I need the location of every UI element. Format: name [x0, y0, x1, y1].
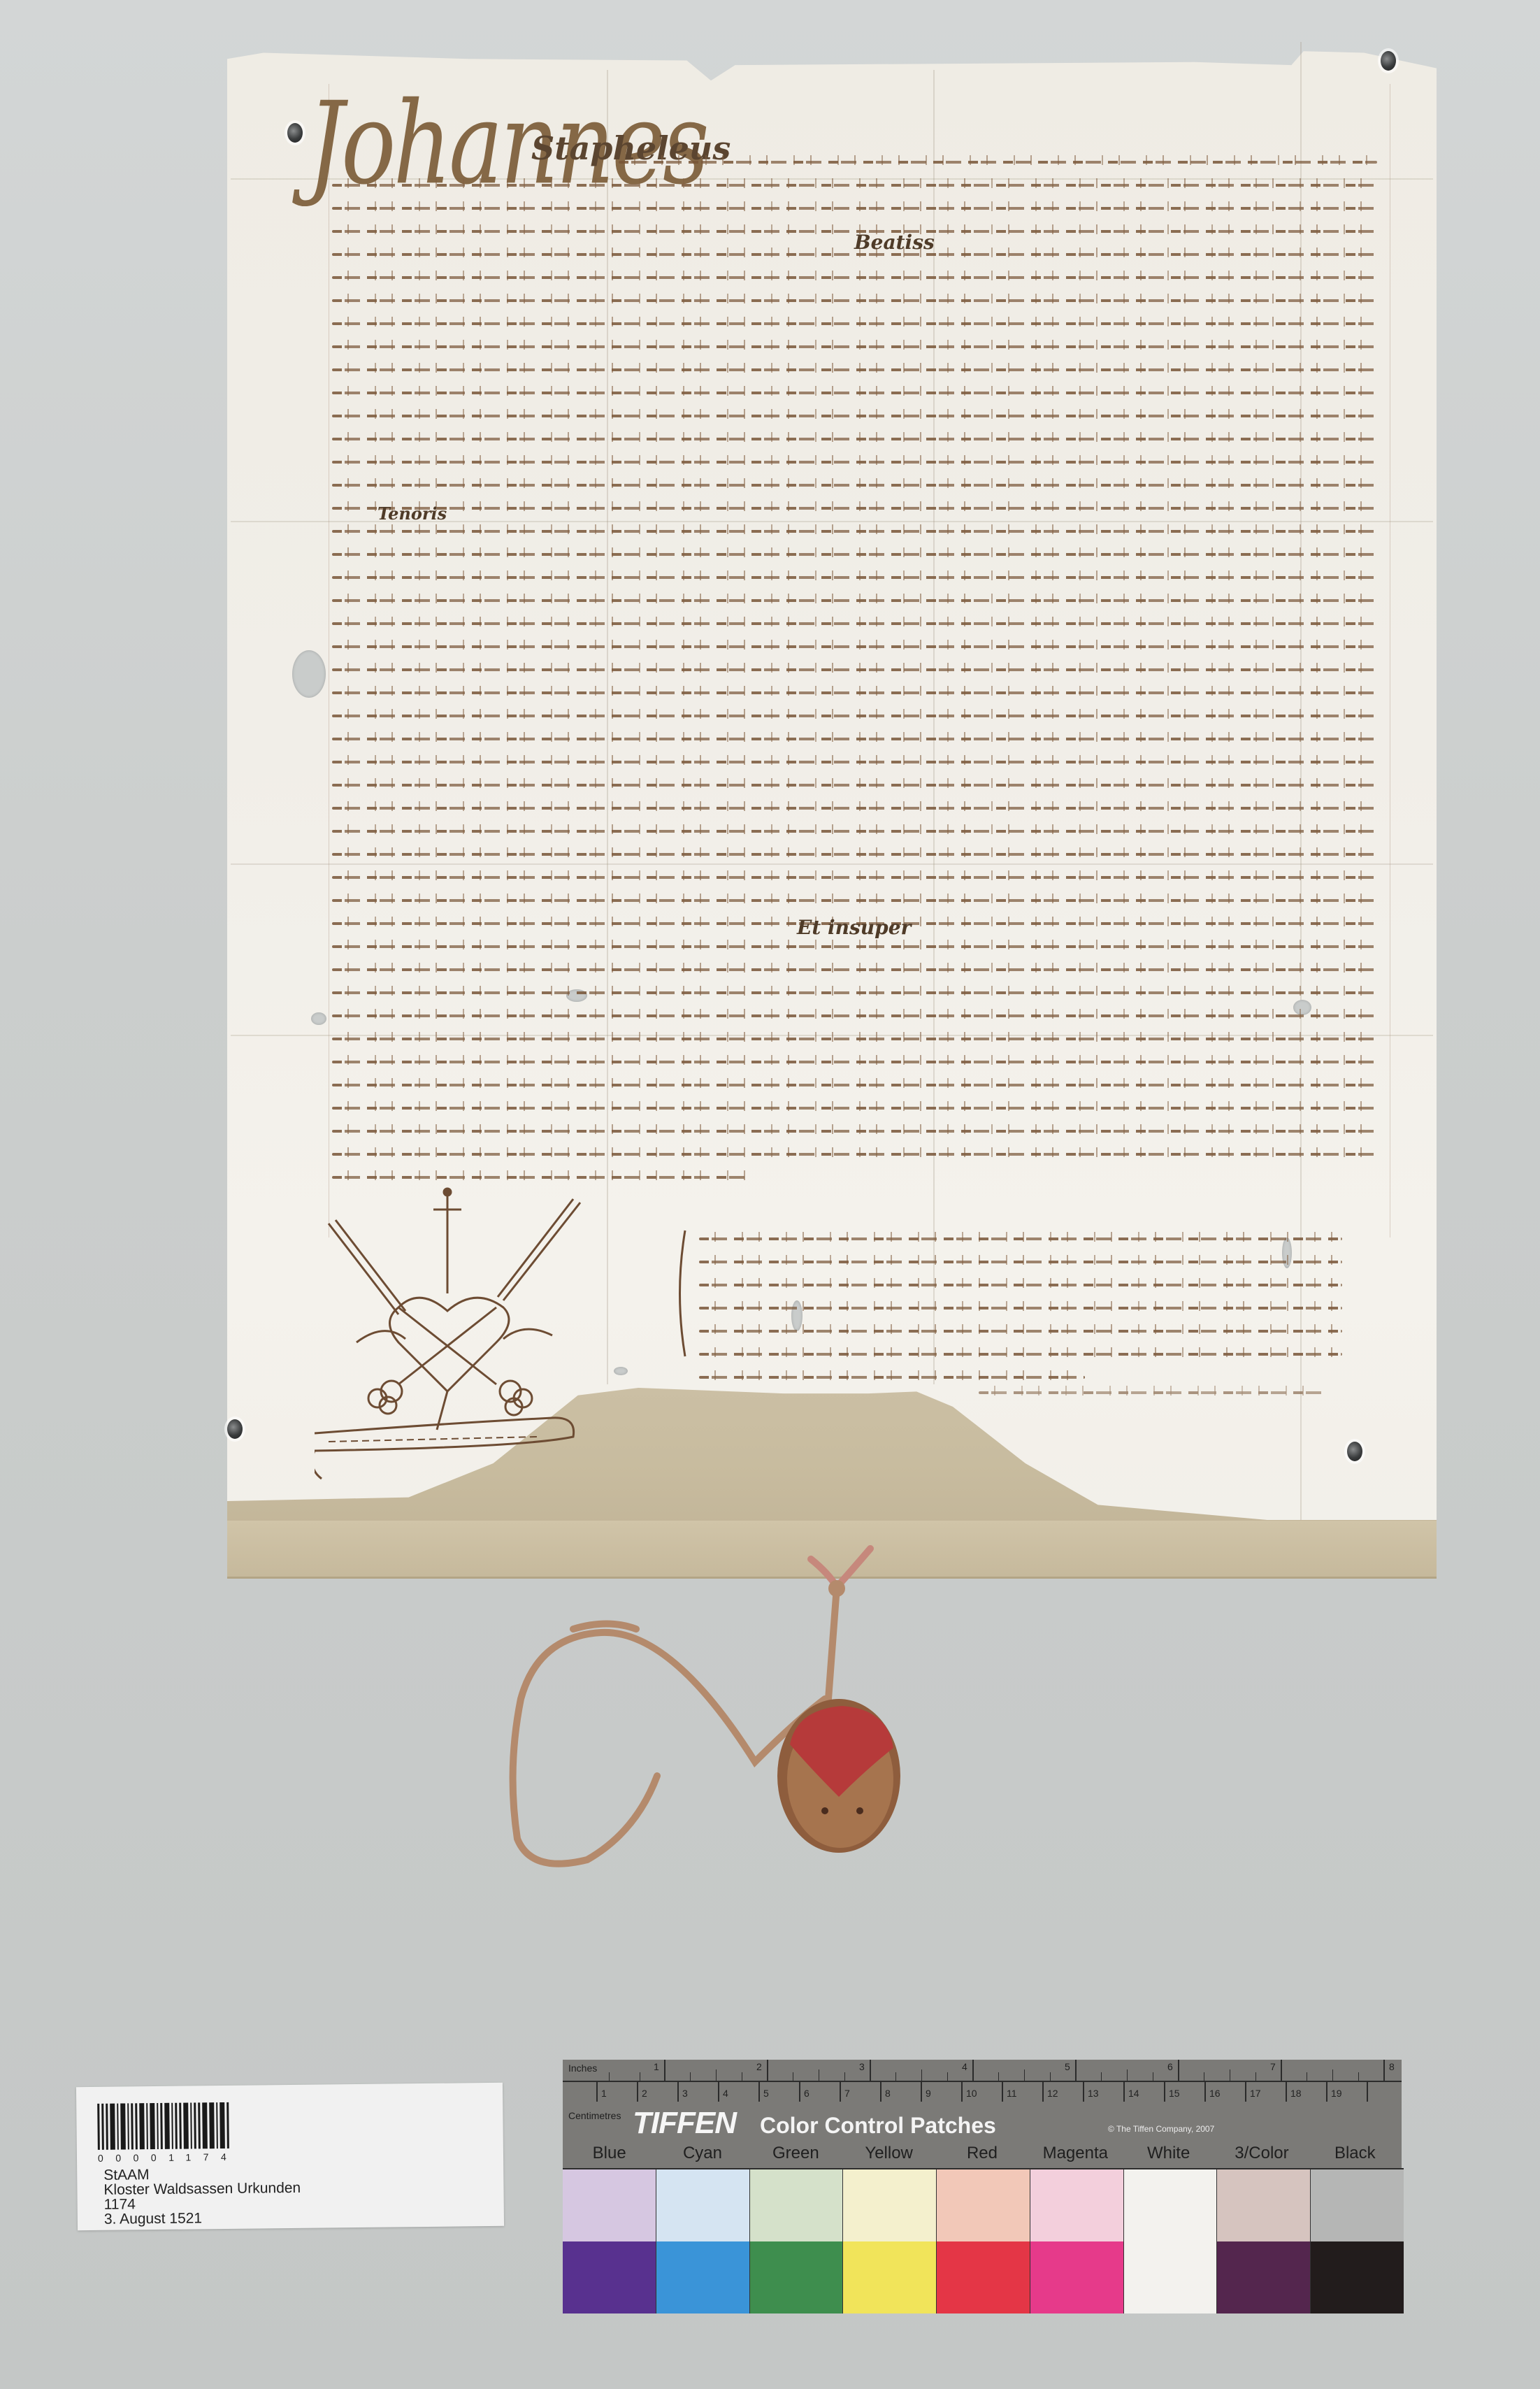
patch-label-magenta: Magenta [1029, 2144, 1122, 2167]
patch-label-3color: 3/Color [1215, 2144, 1308, 2167]
patch-label-green: Green [749, 2144, 842, 2167]
notary-bracket-icon [671, 1224, 699, 1363]
barcode-icon [97, 2098, 229, 2150]
patch-label-black: Black [1309, 2144, 1402, 2167]
notary-subscription [671, 1224, 1370, 1363]
tear-hole [614, 1367, 628, 1375]
color-patches [563, 2168, 1404, 2313]
patch-yellow [843, 2169, 937, 2313]
collection-name: Kloster Waldsassen Urkunden [103, 2180, 301, 2198]
mount-pin-icon [1347, 1442, 1362, 1461]
patch-green [750, 2169, 844, 2313]
centimetre-ruler: 1 2 3 4 5 6 7 8 9 10 11 12 13 14 15 16 1… [563, 2081, 1402, 2107]
chart-header: Inches 1 2 3 4 5 6 7 8 [563, 2060, 1402, 2168]
patch-cyan [656, 2169, 750, 2313]
mount-pin-icon [227, 1419, 243, 1439]
patch-white [1124, 2169, 1218, 2313]
notarial-sign-icon [315, 1182, 608, 1482]
patch-label-blue: Blue [563, 2144, 656, 2167]
centimetres-label: Centimetres [568, 2110, 621, 2121]
highlighted-word: Et insuper [797, 916, 911, 939]
patch-label-yellow: Yellow [842, 2144, 935, 2167]
margin-ruling [329, 84, 329, 1237]
script-text-block [332, 161, 1377, 1199]
archive-label: 00001174 StAAM Kloster Waldsassen Urkund… [76, 2083, 504, 2230]
margin-ruling [1390, 84, 1390, 1237]
inch-ruler: Inches 1 2 3 4 5 6 7 8 [563, 2060, 1402, 2082]
barcode-number: 00001174 [98, 2151, 238, 2164]
chart-title: Color Control Patches [760, 2113, 996, 2139]
tiffen-logo: TIFFEN [633, 2106, 736, 2141]
patch-black [1311, 2169, 1404, 2313]
chart-copyright: © The Tiffen Company, 2007 [1108, 2124, 1214, 2134]
charter-number: 1174 [104, 2196, 136, 2212]
charter-date: 3. August 1521 [104, 2210, 202, 2227]
patch-blue [563, 2169, 656, 2313]
tear-hole [311, 1012, 326, 1025]
patch-label-red: Red [935, 2144, 1028, 2167]
highlighted-word: Beatiss [854, 231, 935, 254]
mount-pin-icon [1381, 51, 1396, 71]
dorsal-note [979, 1391, 1328, 1414]
color-control-chart: Inches 1 2 3 4 5 6 7 8 [563, 2060, 1404, 2315]
mount-pin-icon [287, 123, 303, 143]
patch-label-cyan: Cyan [656, 2144, 749, 2167]
patch-3color [1217, 2169, 1311, 2313]
inches-label: Inches [568, 2062, 597, 2074]
charter: Johannes Stapheleus Beatiss Tenoris Et i… [0, 0, 1540, 1608]
tear-hole [292, 650, 326, 698]
highlighted-word: Tenoris [377, 503, 447, 524]
patch-magenta [1030, 2169, 1124, 2313]
pendant-seal-icon [308, 1468, 937, 1923]
patch-red [937, 2169, 1030, 2313]
patch-labels: Blue Cyan Green Yellow Red Magenta White… [563, 2144, 1402, 2167]
patch-label-white: White [1122, 2144, 1215, 2167]
